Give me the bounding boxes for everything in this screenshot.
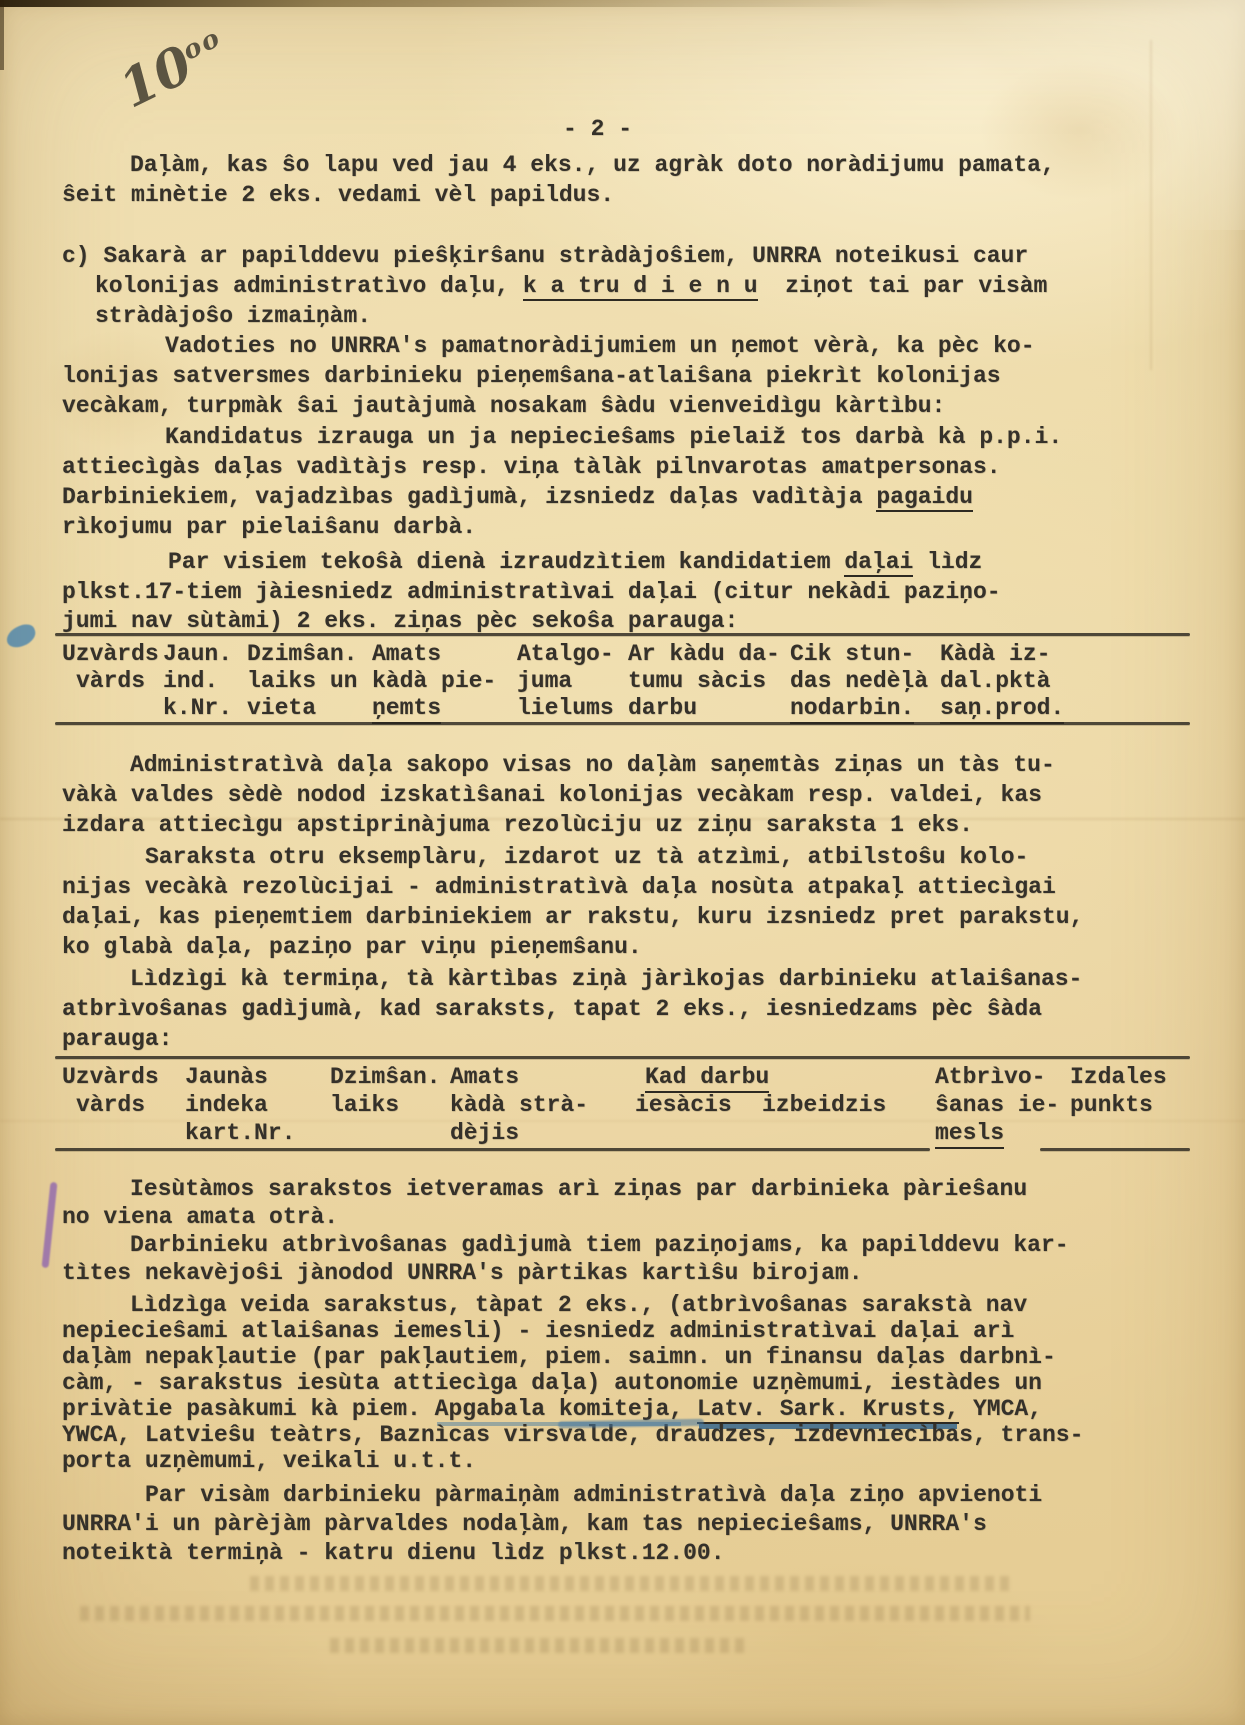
text-line: nijas vecàkà rezolùcijai - administratìv… <box>62 874 1056 901</box>
text-run: Par visiem tekoŝà dienà izraudzìtiem kan… <box>168 549 844 575</box>
text-run: Jaunàs <box>185 1064 268 1091</box>
text-run: privàtie pasàkumi kà piem. <box>62 1396 435 1422</box>
table-rule <box>55 1148 930 1151</box>
text-line: parauga: <box>62 1026 172 1053</box>
text-line: atbrìvoŝanas gadìjumà, kad saraksts, tap… <box>62 996 1042 1023</box>
text-line: - 2 - <box>563 116 632 143</box>
text-run: ind. <box>163 668 218 695</box>
text-run: jumi nav sùtàmi) 2 eks. ziņas pèc sekoŝa… <box>62 608 738 634</box>
table-rule <box>55 633 1190 636</box>
text-line: UNRRA'i un pàrèjàm pàrvaldes nodaļàm, ka… <box>62 1511 987 1538</box>
text-line: Vadoties no UNRRA's pamatnoràdijumiem un… <box>165 333 1035 360</box>
text-line: vàkà valdes sèdè nodod izskatìŝanai kolo… <box>62 782 1042 809</box>
text-run: Darbinieku atbrìvoŝanas gadìjumà tiem pa… <box>130 1232 1069 1258</box>
text-run: ziņot tai par visàm <box>758 273 1048 299</box>
text-run: Kàdà iz- <box>940 641 1050 668</box>
text-run: iesàcis <box>635 1092 732 1119</box>
text-run: noteiktà termiņà - katru dienu lìdz plks… <box>62 1540 725 1566</box>
text-line: YWCA, Latvieŝu teàtrs, Baznìcas virsvald… <box>62 1422 1083 1449</box>
text-run: Administratìvà daļa sakopo visas no daļà… <box>130 752 1055 778</box>
text-line: stràdàjoŝo izmaiņàm. <box>95 303 371 330</box>
text-line: Iesùtàmos sarakstos ietveramas arì ziņas… <box>130 1176 1027 1203</box>
text-run: lonijas satversmes darbinieku pieņemŝana… <box>62 363 1001 389</box>
text-run: kàdà pie- <box>372 668 496 695</box>
text-run: Iesùtàmos sarakstos ietveramas arì ziņas… <box>130 1176 1027 1202</box>
text-run: YWCA, Latvieŝu teàtrs, Baznìcas virsvald… <box>62 1422 1083 1448</box>
text-run: pagaidu <box>876 484 973 512</box>
text-run: plkst.17-tiem jàiesniedz administratìvai… <box>62 579 1001 605</box>
purple-pencil-stroke <box>42 1182 58 1268</box>
text-run: nodarbin. <box>790 695 914 724</box>
text-run: Dzimŝan. <box>330 1064 440 1091</box>
text-line: Daļàm, kas ŝo lapu ved jau 4 eks., uz ag… <box>130 152 1055 179</box>
text-run: Amats <box>372 641 441 668</box>
text-line: Administratìvà daļa sakopo visas no daļà… <box>130 752 1055 779</box>
text-line: ŝeit minètie 2 eks. vedami vèl papildus. <box>62 182 614 209</box>
text-run: daļai, kas pieņemtiem darbiniekiem ar ra… <box>62 904 1083 930</box>
text-run: tìtes nekavèjoŝi jànodod UNRRA's pàrtika… <box>62 1260 863 1286</box>
text-run: Atbrìvo- <box>935 1064 1045 1091</box>
text-run: nijas vecàkà rezolùcijai - administratìv… <box>62 874 1056 900</box>
text-run: YMCA, <box>959 1396 1042 1422</box>
text-run: Kad darbu <box>645 1064 769 1093</box>
text-run: Atalgo- <box>517 641 614 668</box>
text-run: das nedèļà <box>790 668 928 695</box>
text-line: c) Sakarà ar papilddevu pieŝķirŝanu strà… <box>62 243 1028 270</box>
text-run: attiecìgàs daļas vadìtàjs resp. viņa tàl… <box>62 454 1001 480</box>
text-run: porta uzņèmumi, veikali u.t.t. <box>62 1448 476 1474</box>
text-run: stràdàjoŝo izmaiņàm. <box>95 303 371 329</box>
text-line: kolonijas administratìvo daļu, k a tru d… <box>95 273 1047 300</box>
text-line: izdara attiecìgu apstiprinàjuma rezolùci… <box>62 812 973 839</box>
text-run: daļàm nepakļautie (par pakļautiem, piem.… <box>62 1344 1056 1370</box>
table-rule <box>1040 1148 1190 1151</box>
text-run: vàrds <box>76 1092 145 1119</box>
text-run: Darbiniekiem, vajadzìbas gadìjumà, izsni… <box>62 484 876 510</box>
paper-corner-highlight <box>905 0 1245 230</box>
text-line: ko glabà daļa, paziņo par viņu pieņemŝan… <box>62 934 642 961</box>
text-run: càm, - sarakstus iesùta attiecìga daļa) … <box>62 1370 1042 1396</box>
text-run: Par visàm darbinieku pàrmaiņàm administr… <box>145 1482 1042 1508</box>
text-run: lielums <box>517 695 614 722</box>
text-line: plkst.17-tiem jàiesniedz administratìvai… <box>62 579 1001 606</box>
handwritten-price-note: 10oo <box>110 17 237 121</box>
text-run: darbu <box>628 695 697 722</box>
text-run: kolonijas administratìvo daļu, <box>95 273 523 299</box>
text-run: punkts <box>1070 1092 1153 1119</box>
table-rule <box>55 722 1190 725</box>
text-line: privàtie pasàkumi kà piem. Apgabala komi… <box>62 1396 1042 1423</box>
text-run: Lìdzìga veida sarakstus, tàpat 2 eks., (… <box>130 1292 1027 1318</box>
bleedthrough-smudge <box>250 1576 1010 1591</box>
text-line: noteiktà termiņà - katru dienu lìdz plks… <box>62 1540 725 1567</box>
bleedthrough-smudge <box>330 1638 750 1653</box>
scan-left-edge <box>0 0 4 70</box>
text-run: rìkojumu par pielaiŝanu darbà. <box>62 514 476 540</box>
text-run: no viena amata otrà. <box>62 1204 338 1230</box>
text-run: ņemts <box>372 695 441 724</box>
text-run: indeka <box>185 1092 268 1119</box>
text-line: Saraksta otru eksemplàru, izdarot uz tà … <box>145 844 1028 871</box>
text-run: vàkà valdes sèdè nodod izskatìŝanai kolo… <box>62 782 1042 808</box>
text-line: Darbiniekiem, vajadzìbas gadìjumà, izsni… <box>62 484 973 511</box>
text-run: UNRRA'i un pàrèjàm pàrvaldes nodaļàm, ka… <box>62 1511 987 1537</box>
text-line: Lìdzìga veida sarakstus, tàpat 2 eks., (… <box>130 1292 1027 1319</box>
text-run: Saraksta otru eksemplàru, izdarot uz tà … <box>145 844 1028 870</box>
bleedthrough-smudge <box>80 1606 1030 1621</box>
text-line: Par visàm darbinieku pàrmaiņàm administr… <box>145 1482 1042 1509</box>
text-run: dèjis <box>450 1120 519 1147</box>
text-line: Lìdzìgi kà termiņa, tà kàrtìbas ziņà jàr… <box>130 966 1082 993</box>
text-run: Vadoties no UNRRA's pamatnoràdijumiem un… <box>165 333 1035 359</box>
text-line: càm, - sarakstus iesùta attiecìga daļa) … <box>62 1370 1042 1397</box>
text-run: Cik stun- <box>790 641 914 668</box>
text-run: Latv. Sark. Krusts, <box>697 1396 959 1424</box>
text-line: nepiecieŝami atlaiŝanas iemesli) - iesni… <box>62 1318 1014 1345</box>
text-run: kart.Nr. <box>185 1120 295 1147</box>
text-run: Lìdzìgi kà termiņa, tà kàrtìbas ziņà jàr… <box>130 966 1082 992</box>
text-run: juma <box>517 668 572 695</box>
text-run: nepiecieŝami atlaiŝanas iemesli) - iesni… <box>62 1318 1014 1344</box>
text-run: laiks un <box>247 668 357 695</box>
text-run: dal.pktà <box>940 668 1050 695</box>
text-line: Par visiem tekoŝà dienà izraudzìtiem kan… <box>168 549 982 576</box>
text-line: lonijas satversmes darbinieku pieņemŝana… <box>62 363 1001 390</box>
text-run: k.Nr. <box>163 695 232 722</box>
text-run: izbeidzis <box>762 1092 886 1119</box>
text-run: kàdà strà- <box>450 1092 588 1119</box>
text-run: Daļàm, kas ŝo lapu ved jau 4 eks., uz ag… <box>130 152 1055 178</box>
text-run: k a tru d i e n u <box>523 273 758 301</box>
text-run <box>683 1396 697 1422</box>
text-run: Izdales <box>1070 1064 1167 1091</box>
text-line: daļai, kas pieņemtiem darbiniekiem ar ra… <box>62 904 1083 931</box>
text-line: no viena amata otrà. <box>62 1204 338 1231</box>
text-run: daļai <box>844 549 913 577</box>
text-run: Jaun. <box>163 641 232 668</box>
text-run: Apgabala komiteja, <box>435 1396 683 1422</box>
scanned-typewritten-page: 10oo - 2 -Daļàm, kas ŝo lapu ved jau 4 e… <box>0 0 1245 1725</box>
text-run: vecàkam, turpmàk ŝai jautàjumà nosakam ŝ… <box>62 393 945 419</box>
text-run: mesls <box>935 1120 1004 1149</box>
text-run: Uzvàrds <box>62 1064 159 1091</box>
text-line: attiecìgàs daļas vadìtàjs resp. viņa tàl… <box>62 454 1001 481</box>
text-run: Kandidatus izrauga un ja nepiecieŝams pi… <box>165 424 1062 450</box>
text-run: tumu sàcis <box>628 668 766 695</box>
paper-crease <box>1150 40 1152 370</box>
text-run: Amats <box>450 1064 519 1091</box>
text-line: rìkojumu par pielaiŝanu darbà. <box>62 514 476 541</box>
table-rule <box>55 1056 1190 1059</box>
text-run: lìdz <box>913 549 982 575</box>
text-line: vecàkam, turpmàk ŝai jautàjumà nosakam ŝ… <box>62 393 945 420</box>
text-line: daļàm nepakļautie (par pakļautiem, piem.… <box>62 1344 1056 1371</box>
text-run: vàrds <box>76 668 145 695</box>
text-run: laiks <box>330 1092 399 1119</box>
text-run: parauga: <box>62 1026 172 1052</box>
text-run: Ar kàdu da- <box>628 641 780 668</box>
text-run: izdara attiecìgu apstiprinàjuma rezolùci… <box>62 812 973 838</box>
text-run: ŝeit minètie 2 eks. vedami vèl papildus. <box>62 182 614 208</box>
text-run: Dzimŝan. <box>247 641 357 668</box>
text-line: tìtes nekavèjoŝi jànodod UNRRA's pàrtika… <box>62 1260 863 1287</box>
text-run: saņ.prod. <box>940 695 1064 724</box>
text-line: Darbinieku atbrìvoŝanas gadìjumà tiem pa… <box>130 1232 1069 1259</box>
text-run: Uzvàrds <box>62 641 159 668</box>
text-run: vieta <box>247 695 316 722</box>
text-run: atbrìvoŝanas gadìjumà, kad saraksts, tap… <box>62 996 1042 1022</box>
text-line: Kandidatus izrauga un ja nepiecieŝams pi… <box>165 424 1062 451</box>
blue-ink-blot <box>3 621 38 650</box>
text-run: ko glabà daļa, paziņo par viņu pieņemŝan… <box>62 934 642 960</box>
text-run: c) Sakarà ar papilddevu pieŝķirŝanu strà… <box>62 243 1028 269</box>
text-line: porta uzņèmumi, veikali u.t.t. <box>62 1448 476 1475</box>
text-line: jumi nav sùtàmi) 2 eks. ziņas pèc sekoŝa… <box>62 608 738 635</box>
text-run: ŝanas ie- <box>935 1092 1059 1119</box>
text-run: - 2 - <box>563 116 632 142</box>
